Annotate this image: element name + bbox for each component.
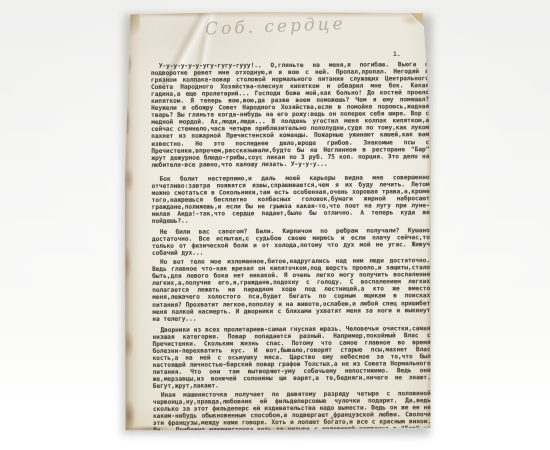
page-number: 1. [393,50,401,58]
typed-paragraph: Не били вас сапогом? Били. Кирпичом по р… [152,227,430,257]
typed-paragraph: У-у-у-у-у-у-угу-гугу-гууу!.. О,гляньте н… [151,61,430,168]
typed-paragraph: Дворники из всех пролетариев-самая гнусн… [152,325,430,390]
typed-paragraph: Иная машинисточка получает по девятому р… [153,390,431,448]
typed-paragraph: Бок болит нестерпимо,и даль моей карьеры… [152,174,430,225]
photo-backdrop: Соб. сердце 1. У-у-у-у-у-у-угу-гугу-гууу… [0,0,550,450]
typed-text-block: У-у-у-у-у-у-угу-гугу-гууу!.. О,гляньте н… [151,61,431,450]
document-page: Соб. сердце 1. У-у-у-у-у-у-угу-гугу-гууу… [125,12,431,432]
typed-paragraph: Но вот тело мое изломанное,битое,надруга… [152,257,430,322]
